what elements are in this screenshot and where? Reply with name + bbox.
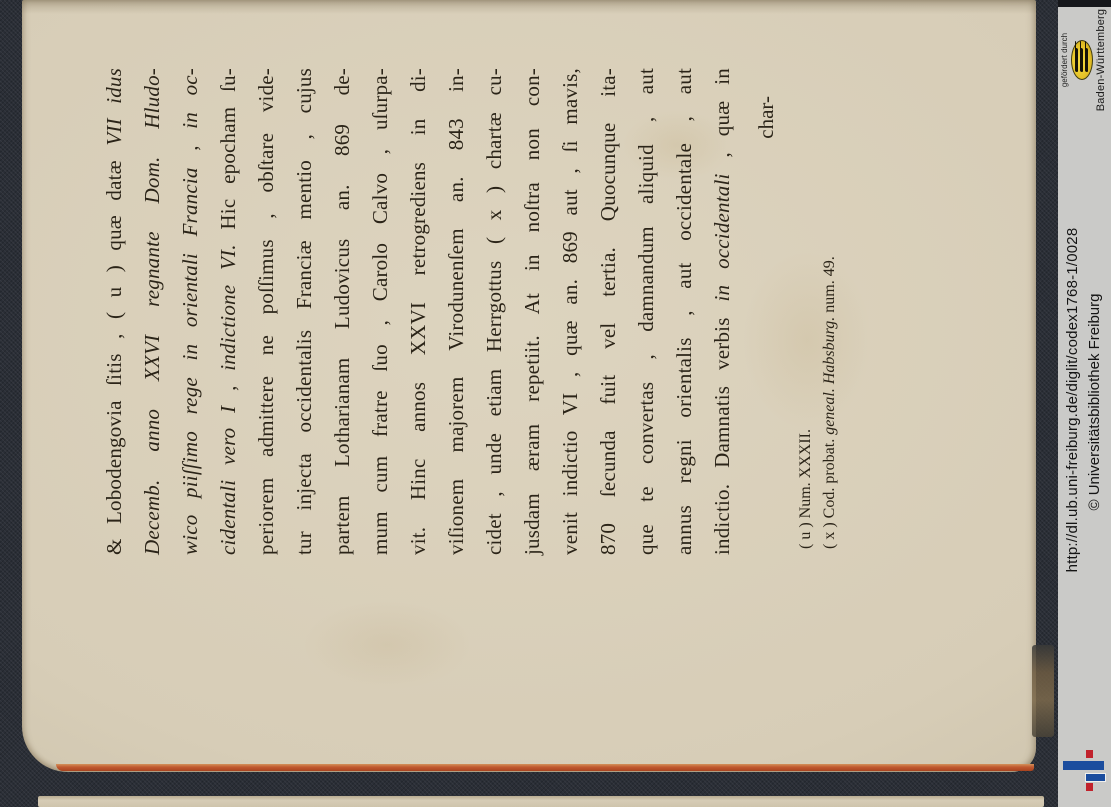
footnotes: ( u ) Num. XXXII.( x ) Cod. probat. gene… — [794, 68, 842, 555]
rotated-text: & Lobodengovia ſitis , ( u ) quæ datæ VI… — [95, 68, 840, 555]
baden-wuerttemberg-arms-icon — [1071, 40, 1093, 80]
text-line: jusdam æram repetiit. At in noſtra non c… — [513, 68, 551, 555]
text-line: vit. Hinc annos XXVI retrogrediens in di… — [399, 68, 437, 555]
text-line: & Lobodengovia ſitis , ( u ) quæ datæ VI… — [95, 68, 133, 555]
paper-stain — [302, 600, 472, 690]
lion-glyph — [1080, 48, 1083, 72]
text-line: indictio. Damnatis verbis in occidentali… — [703, 68, 741, 555]
text-line: periorem admittere ne poſſimus , obſtare… — [247, 68, 285, 555]
page-red-sprayed-edge — [56, 764, 1034, 771]
text-line: que te convertas , damnandum aliquid , a… — [627, 68, 665, 555]
book-page: & Lobodengovia ſitis , ( u ) quæ datæ VI… — [22, 0, 1036, 772]
catchword: char- — [747, 68, 785, 555]
text-line: ( u ) Num. XXXII. — [794, 68, 818, 549]
text-line: mum cum fratre ſuo , Carolo Calvo , uſur… — [361, 68, 399, 555]
text-line: 870 ſecunda fuit vel tertia. Quocunque i… — [589, 68, 627, 555]
funding-logo: gefördert durch Baden-Württemberg — [1054, 0, 1111, 120]
funding-logo-state-label: Baden-Württemberg — [1095, 9, 1107, 111]
text-line: tur injecta occidentalis Franciæ mentio … — [285, 68, 323, 555]
next-page-edge — [38, 796, 1044, 807]
mark-blue-bar-long — [1063, 761, 1104, 770]
text-line: viſionem majorem Virodunenſem an. 843 in… — [437, 68, 475, 555]
text-line: cidentali vero I , indictione VI. Hic ep… — [209, 68, 247, 555]
page-text-block: & Lobodengovia ſitis , ( u ) quæ datæ VI… — [95, 68, 840, 555]
funding-logo-caption: gefördert durch — [1060, 33, 1069, 87]
text-line: Decemb. anno XXVI regnante Dom. Hludo- — [133, 68, 171, 555]
text-line: ( x ) Cod. probat. geneal. Habsburg. num… — [818, 68, 842, 549]
text-line: wico piiſſimo rege in orientali Francia … — [171, 68, 209, 555]
text-line: partem Lotharianam Ludovicus an. 869 de- — [323, 68, 361, 555]
mark-blue-bar-short — [1085, 773, 1106, 782]
book-tail-edge — [1032, 645, 1054, 737]
scan-viewer: { "page": { "lines": [ {"segments":[{"t"… — [0, 0, 1111, 807]
mark-red-square-bottom — [1086, 783, 1093, 791]
persistent-url-label: http://dl.ub.uni-freiburg.de/diglit/code… — [1064, 140, 1084, 660]
text-line: venit indictio VI , quæ an. 869 aut , ſi… — [551, 68, 589, 555]
lion-glyph — [1075, 48, 1078, 72]
mark-red-square-top — [1086, 750, 1093, 758]
lion-glyph — [1085, 48, 1088, 72]
text-line: cidet , unde etiam Herrgottus ( x ) char… — [475, 68, 513, 555]
copyright-label: © Universitätsbibliothek Freiburg — [1086, 142, 1106, 662]
page-lines: & Lobodengovia ſitis , ( u ) quæ datæ VI… — [95, 68, 741, 555]
text-line: annus regni orientalis , aut occidentale… — [665, 68, 703, 555]
